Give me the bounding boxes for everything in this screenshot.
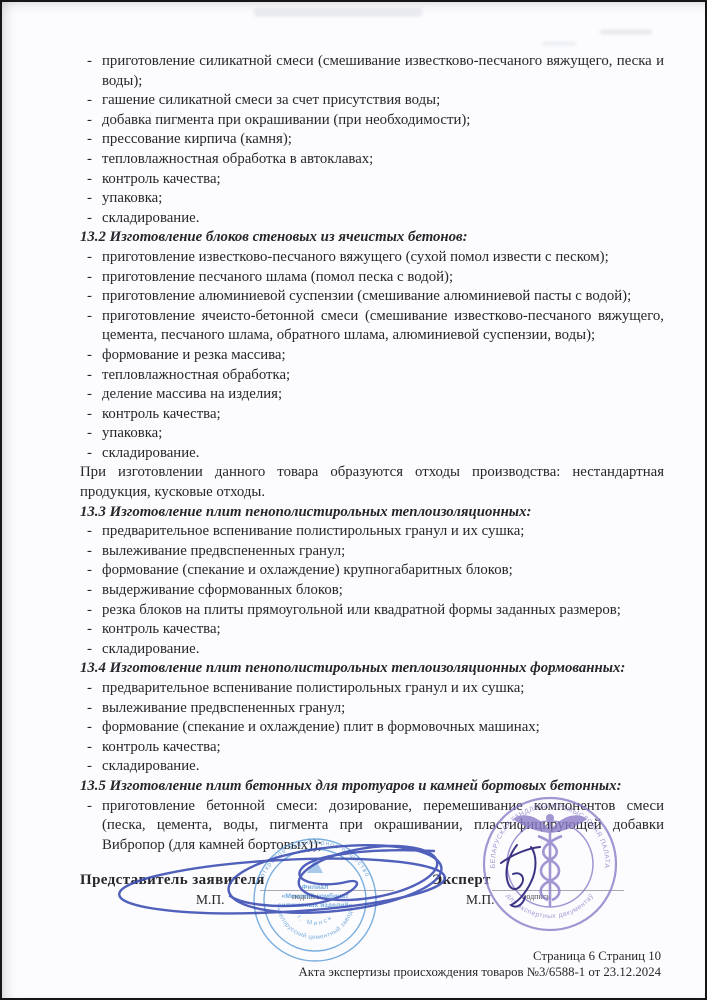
bullet-dash: - (80, 268, 102, 288)
list-item-text: предварительное вспенивание полистирольн… (102, 522, 664, 542)
list-item: -приготовление силикатной смеси (смешива… (80, 52, 664, 91)
list-item-text: упаковка; (102, 424, 664, 444)
bullet-dash: - (80, 620, 102, 640)
scan-artifact (542, 42, 576, 45)
stamp-city-text: г. Минск (296, 914, 334, 927)
bullet-dash: - (80, 444, 102, 464)
bullet-dash: - (80, 581, 102, 601)
list-item-text: формование (спекание и охлаждение) плит … (102, 718, 664, 738)
list-item: -формование (спекание и охлаждение) плит… (80, 718, 664, 738)
bullet-dash: - (80, 130, 102, 150)
list-item: -вылеживание предвспененных гранул; (80, 699, 664, 719)
section-heading: 13.4 Изготовление плит пенополистирольны… (80, 659, 664, 679)
list-item-text: приготовление бетонной смеси: дозировани… (102, 797, 664, 856)
bullet-dash: - (80, 52, 102, 91)
list-item-text: деление массива на изделия; (102, 385, 664, 405)
list-item: -приготовление известково-песчаного вяжу… (80, 248, 664, 268)
svg-text:«белорусский цементный завод»: «белорусский цементный завод» (275, 906, 355, 941)
list-item-text: приготовление известково-песчаного вяжущ… (102, 248, 664, 268)
expert-signature-caption: подпись (494, 892, 578, 901)
list-item: -складирование. (80, 209, 664, 229)
bullet-dash: - (80, 601, 102, 621)
list-item: -гашение силикатной смеси за счет присут… (80, 91, 664, 111)
list-item-text: складирование. (102, 209, 664, 229)
list-item: -деление массива на изделия; (80, 385, 664, 405)
page-footer: Страница 6 Страниц 10 Акта экспертизы пр… (241, 948, 661, 981)
list-item: -формование и резка массива; (80, 346, 664, 366)
bullet-dash: - (80, 738, 102, 758)
section-note: При изготовлении данного товара образуют… (80, 463, 664, 502)
bullet-dash: - (80, 170, 102, 190)
stamp-center-line3: силикатных изделий» (278, 901, 353, 909)
list-item: -складирование. (80, 757, 664, 777)
document-page: -приготовление силикатной смеси (смешива… (0, 0, 707, 1000)
bullet-dash: - (80, 640, 102, 660)
list-item: -складирование. (80, 444, 664, 464)
section-heading: 13.3 Изготовление плит пенополистирольны… (80, 503, 664, 523)
list-item-text: тепловлажностная обработка в автоклавах; (102, 150, 664, 170)
list-item-text: приготовление силикатной смеси (смешиван… (102, 52, 664, 91)
applicant-seal-mark: М.П. (196, 892, 225, 908)
list-item: -прессование кирпича (камня); (80, 130, 664, 150)
expert-seal-mark: М.П. (466, 892, 495, 908)
list-item: -упаковка; (80, 424, 664, 444)
applicant-signature-line (260, 890, 394, 891)
bullet-dash: - (80, 366, 102, 386)
list-item-text: приготовление ячеисто-бетонной смеси (см… (102, 307, 664, 346)
list-item: -добавка пигмента при окрашивании (при н… (80, 111, 664, 131)
list-item-text: складирование. (102, 640, 664, 660)
scan-artifact (600, 30, 652, 34)
list-item-text: выдерживание сформованных блоков; (102, 581, 664, 601)
list-item-text: формование и резка массива; (102, 346, 664, 366)
footer-page-count: Страница 6 Страниц 10 (241, 948, 661, 964)
list-item-text: приготовление алюминиевой суспензии (сме… (102, 287, 664, 307)
bullet-dash: - (80, 424, 102, 444)
list-item-text: добавка пигмента при окрашивании (при не… (102, 111, 664, 131)
section-heading: 13.5 Изготовление плит бетонных для трот… (80, 777, 664, 797)
list-item-text: предварительное вспенивание полистирольн… (102, 679, 664, 699)
bullet-dash: - (80, 757, 102, 777)
list-item-text: тепловлажностная обработка; (102, 366, 664, 386)
list-item: -предварительное вспенивание полистироль… (80, 522, 664, 542)
list-item: -контроль качества; (80, 738, 664, 758)
bullet-dash: - (80, 111, 102, 131)
applicant-signature-caption: подпись (262, 892, 350, 901)
list-item-text: контроль качества; (102, 738, 664, 758)
applicant-representative-label: Представитель заявителя (80, 872, 265, 889)
bullet-dash: - (80, 797, 102, 856)
list-item: -тепловлажностная обработка в автоклавах… (80, 150, 664, 170)
document-body: -приготовление силикатной смеси (смешива… (80, 52, 664, 855)
list-item: -упаковка; (80, 189, 664, 209)
list-item-text: прессование кирпича (камня); (102, 130, 664, 150)
bullet-dash: - (80, 385, 102, 405)
list-item-text: контроль качества; (102, 405, 664, 425)
bullet-dash: - (80, 522, 102, 542)
list-item-text: складирование. (102, 444, 664, 464)
list-item: -предварительное вспенивание полистироль… (80, 679, 664, 699)
bullet-dash: - (80, 307, 102, 346)
bullet-dash: - (80, 718, 102, 738)
expert-label: Эксперт (432, 872, 491, 889)
list-item: -выдерживание сформованных блоков; (80, 581, 664, 601)
list-item-text: контроль качества; (102, 170, 664, 190)
list-item-text: резка блоков на плиты прямоугольной или … (102, 601, 664, 621)
list-item: -приготовление ячеисто-бетонной смеси (с… (80, 307, 664, 346)
list-item: -тепловлажностная обработка; (80, 366, 664, 386)
bullet-dash: - (80, 699, 102, 719)
list-item: -вылеживание предвспененных гранул; (80, 542, 664, 562)
bullet-dash: - (80, 91, 102, 111)
list-item-text: упаковка; (102, 189, 664, 209)
bullet-dash: - (80, 542, 102, 562)
list-item: -приготовление песчаного шлама (помол пе… (80, 268, 664, 288)
expert-signature-line (492, 890, 624, 891)
list-item: -формование (спекание и охлаждение) круп… (80, 561, 664, 581)
list-item-text: приготовление песчаного шлама (помол пес… (102, 268, 664, 288)
bullet-dash: - (80, 150, 102, 170)
bullet-dash: - (80, 209, 102, 229)
footer-act-reference: Акта экспертизы происхождения товаров №3… (241, 964, 661, 980)
bullet-dash: - (80, 346, 102, 366)
svg-text:г. Минск: г. Минск (296, 914, 334, 927)
bullet-dash: - (80, 287, 102, 307)
stamp-inner-arc-text: «белорусский цементный завод» (275, 906, 355, 941)
list-item: -приготовление алюминиевой суспензии (см… (80, 287, 664, 307)
list-item: -приготовление бетонной смеси: дозирован… (80, 797, 664, 856)
list-item: -контроль качества; (80, 170, 664, 190)
list-item: -контроль качества; (80, 620, 664, 640)
bullet-dash: - (80, 405, 102, 425)
list-item-text: контроль качества; (102, 620, 664, 640)
list-item: -резка блоков на плиты прямоугольной или… (80, 601, 664, 621)
bullet-dash: - (80, 248, 102, 268)
list-item-text: вылеживание предвспененных гранул; (102, 542, 664, 562)
list-item-text: вылеживание предвспененных гранул; (102, 699, 664, 719)
list-item: -контроль качества; (80, 405, 664, 425)
bullet-dash: - (80, 189, 102, 209)
list-item-text: складирование. (102, 757, 664, 777)
stamp-emblem (307, 858, 323, 873)
list-item-text: формование (спекание и охлаждение) крупн… (102, 561, 664, 581)
list-item-text: гашение силикатной смеси за счет присутс… (102, 91, 664, 111)
bullet-dash: - (80, 679, 102, 699)
bleed-through-artifact (254, 8, 422, 17)
list-item: -складирование. (80, 640, 664, 660)
section-heading: 13.2 Изготовление блоков стеновых из яче… (80, 228, 664, 248)
bullet-dash: - (80, 561, 102, 581)
